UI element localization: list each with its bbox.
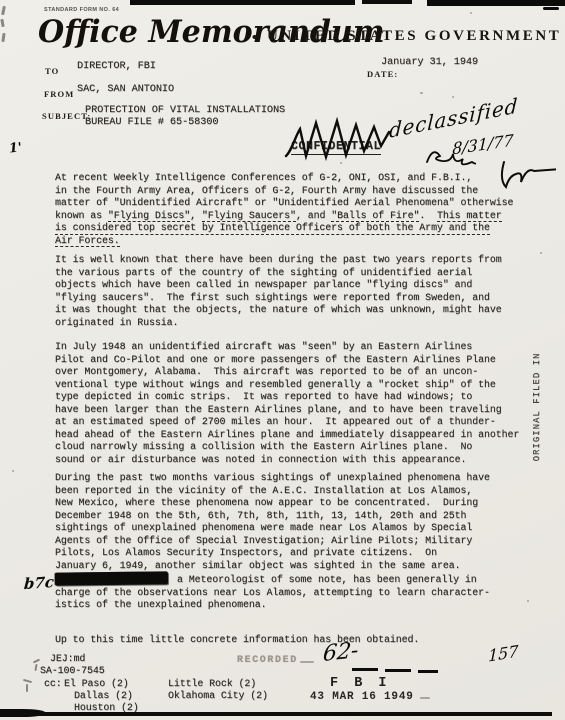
scan-edge-bar [0, 709, 46, 717]
paper-speck [470, 12, 472, 14]
cross-out-scribble [283, 115, 401, 167]
to-label: TO [45, 66, 59, 76]
paragraph-los-alamos: During the past two months various sight… [55, 472, 490, 572]
foia-exemption-code: b7c [23, 573, 54, 593]
scan-margin-mark [0, 19, 4, 27]
paragraph-sightings-history: It is well known that there have been du… [55, 254, 502, 329]
margin-note: 1' [8, 140, 23, 156]
scan-margin-mark [1, 33, 5, 42]
cc-recipient: Oklahoma City (2) [168, 690, 268, 703]
date-value: January 31, 1949 [381, 57, 478, 70]
paper-speck [12, 470, 14, 472]
declassified-date: 8/31/77 [452, 131, 514, 159]
received-date-stamp: 43 MAR 16 1949 [310, 691, 414, 703]
cc-recipient: Dallas (2) [74, 690, 133, 703]
paragraph-eastern-airlines: In July 1948 an unidentified aircraft wa… [55, 341, 519, 466]
recorded-file-number: 62- [322, 638, 360, 667]
scan-margin-mark [1, 6, 6, 15]
paper-speck [540, 252, 542, 254]
subject-value: PROTECTION OF VITAL INSTALLATIONS BUREAU… [85, 105, 285, 128]
pencil-mark [34, 664, 37, 671]
file-reference: SA-100-7545 [40, 665, 105, 678]
from-label: FROM [44, 89, 74, 99]
stamp-underline [352, 668, 378, 671]
fbi-received-stamp: F B I [330, 676, 391, 691]
paragraph-text-segment: , [190, 210, 202, 221]
paper-speck [420, 92, 423, 94]
pencil-mark [26, 684, 28, 692]
scan-edge-bar [362, 0, 412, 4]
paper-speck [527, 600, 529, 602]
paragraph-text-segment: "Flying Saucers" [202, 210, 296, 223]
cc-label: cc: [44, 678, 62, 691]
masthead-separator-dot: • [250, 30, 259, 47]
vertical-filing-note: ORIGINAL FILED IN [532, 332, 542, 482]
scanned-memo-page: { "memo": { "form_number": "STANDARD FOR… [0, 0, 565, 720]
cc-recipient: Little Rock (2) [168, 678, 256, 691]
paper-speck [452, 96, 454, 98]
serial-number-note: 157 [488, 641, 519, 665]
paragraph-meteorologist: a Meteorologist of some note, has been g… [55, 572, 490, 612]
paragraph-conclusion: Up to this time little concrete informat… [55, 634, 419, 647]
stenographer-initials: JEJ:md [50, 653, 85, 666]
scan-edge-bar [427, 0, 565, 6]
masthead-organization: UNITED STATES GOVERNMENT [267, 28, 561, 45]
stamp-dots [300, 661, 314, 663]
pencil-mark [23, 679, 32, 683]
cc-recipient: El Paso (2) [64, 678, 129, 691]
paragraph-text-segment: "Flying Discs" [108, 210, 190, 223]
paragraph-text-segment: , and [296, 210, 331, 221]
paragraph-text-segment: "Balls of Fire" [331, 210, 419, 223]
stamp-dots [420, 697, 430, 699]
from-value: SAC, SAN ANTONIO [77, 84, 174, 97]
recorded-stamp: RECORDED [237, 655, 298, 666]
paragraph-text-segment: . [419, 210, 437, 221]
subject-label: SUBJECT: [42, 111, 91, 121]
pencil-mark [33, 659, 40, 664]
form-number: STANDARD FORM NO. 64 [44, 7, 119, 13]
paragraph-intelligence-conferences: At recent Weekly Intelligence Conference… [55, 172, 513, 247]
cc-recipient: Houston (2) [74, 702, 139, 715]
redaction-bar [55, 571, 168, 585]
scan-edge-bar [130, 0, 355, 5]
stamp-underline [385, 669, 411, 672]
stamp-underline [418, 670, 438, 673]
scan-edge-bar [543, 7, 559, 10]
date-label: DATE: [367, 69, 398, 79]
to-value: DIRECTOR, FBI [77, 61, 156, 74]
